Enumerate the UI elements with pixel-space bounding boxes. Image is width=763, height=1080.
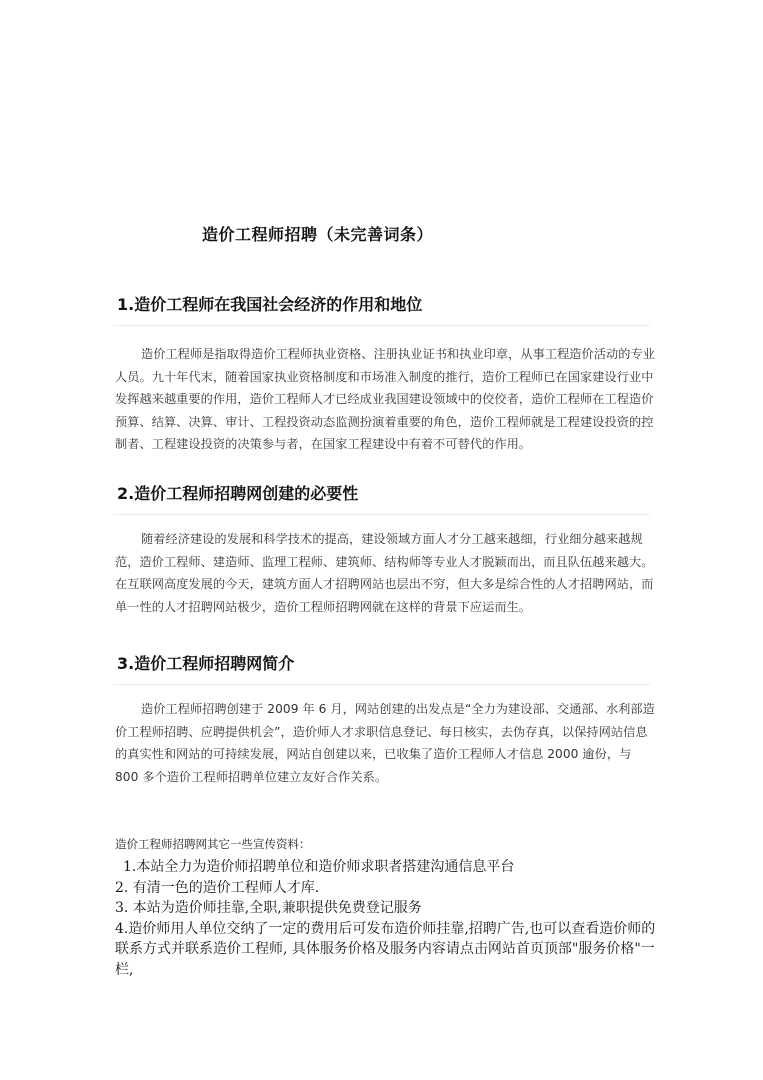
promo-item: 4.造价师用人单位交纳了一定的费用后可发布造价师挂靠,招聘广告,也可以查看造价师… [115,919,660,981]
promo-item: 2. 有清一色的造价工程师人才库. [115,878,660,899]
promo-list: 1.本站全力为造价师招聘单位和造价师求职者搭建沟通信息平台 2. 有清一色的造价… [115,857,660,980]
divider [113,325,650,326]
promo-intro: 造价工程师招聘网其它一些宣传资料： [115,836,311,852]
section-heading-2: 2.造价工程师招聘网创建的必要性 [117,481,358,504]
document-title: 造价工程师招聘（未完善词条） [202,222,433,245]
section-heading-3: 3.造价工程师招聘网简介 [117,651,294,674]
divider [113,684,650,685]
section-heading-1: 1.造价工程师在我国社会经济的作用和地位 [117,292,422,315]
promo-item: 3. 本站为造价师挂靠,全职,兼职提供免费登记服务 [115,898,660,919]
section-body-3: 造价工程师招聘创建于 2009 年 6 月，网站创建的出发点是“全力为建设部、交… [115,698,655,788]
section-body-1: 造价工程师是指取得造价工程师执业资格、注册执业证书和执业印章，从事工程造价活动的… [115,343,655,456]
divider [113,514,650,515]
section-body-2: 随着经济建设的发展和科学技术的提高，建设领域方面人才分工越来越细，行业细分越来越… [115,528,655,618]
promo-item: 1.本站全力为造价师招聘单位和造价师求职者搭建沟通信息平台 [115,857,660,878]
